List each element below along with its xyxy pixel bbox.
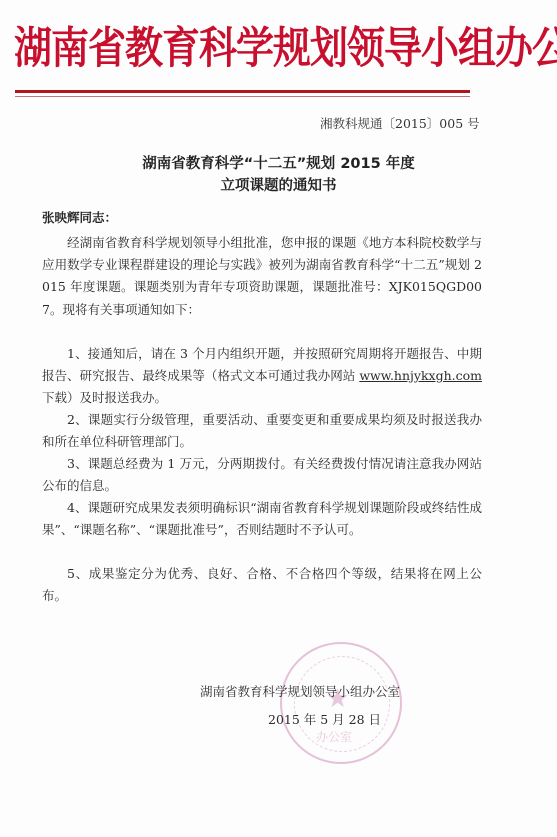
paragraph-item-2: 2、课题实行分级管理，重要活动、重要变更和重要成果均须及时报送我办和所在单位科研… xyxy=(42,409,482,453)
issuer-red-header: 湖南省教育科学规划领导小组办公室 xyxy=(14,8,484,89)
paragraph-item-1-text: 1、接通知后，请在 3 个月内组织开题，并按照研究周期将开题报告、中期报告、研究… xyxy=(42,343,482,410)
paragraph-item-5: 5、成果鉴定分为优秀、良好、合格、不合格四个等级，结果将在网上公布。 xyxy=(42,563,482,607)
website-link[interactable]: www.hnjykxgh.com xyxy=(359,368,482,383)
document-page: 湖南省教育科学规划领导小组办公室 湘教科规通〔2015〕005 号 湖南省教育科… xyxy=(0,0,557,837)
paragraph-intro-text: 经湖南省教育科学规划领导小组批准，您申报的课题《地方本科院校数学与应用数学专业课… xyxy=(42,232,482,321)
paragraph-intro: 经湖南省教育科学规划领导小组批准，您申报的课题《地方本科院校数学与应用数学专业课… xyxy=(42,232,482,321)
paragraph-item-4-text: 4、课题研究成果发表须明确标识“湖南省教育科学规划课题阶段或终结性成果”、“课题… xyxy=(42,497,482,541)
paragraph-item-5-text: 5、成果鉴定分为优秀、良好、合格、不合格四个等级，结果将在网上公布。 xyxy=(42,563,482,607)
paragraph-item-3: 3、课题总经费为 1 万元，分两期拨付。有关经费拨付情况请注意我办网站公布的信息… xyxy=(42,453,482,497)
signature-date: 2015 年 5 月 28 日 xyxy=(268,710,381,728)
item-1-text-after: 下载）及时报送我办。 xyxy=(42,390,167,405)
paragraph-item-1: 1、接通知后，请在 3 个月内组织开题，并按照研究周期将开题报告、中期报告、研究… xyxy=(42,343,482,410)
paragraph-item-3-text: 3、课题总经费为 1 万元，分两期拨付。有关经费拨付情况请注意我办网站公布的信息… xyxy=(42,453,482,497)
red-rule-thin xyxy=(15,96,470,97)
red-rule-thick xyxy=(15,90,470,93)
document-title-line1: 湖南省教育科学“十二五”规划 2015 年度 xyxy=(0,152,557,173)
official-seal-stamp: ★ 办公室 xyxy=(280,642,402,764)
seal-text: 办公室 xyxy=(316,728,352,745)
signature-organization: 湖南省教育科学规划领导小组办公室 xyxy=(200,682,400,700)
paragraph-item-4: 4、课题研究成果发表须明确标识“湖南省教育科学规划课题阶段或终结性成果”、“课题… xyxy=(42,497,482,541)
salutation: 张映辉同志： xyxy=(42,208,117,226)
document-number: 湘教科规通〔2015〕005 号 xyxy=(320,114,480,132)
paragraph-item-2-text: 2、课题实行分级管理，重要活动、重要变更和重要成果均须及时报送我办和所在单位科研… xyxy=(42,409,482,453)
document-title-line2: 立项课题的通知书 xyxy=(0,174,557,195)
